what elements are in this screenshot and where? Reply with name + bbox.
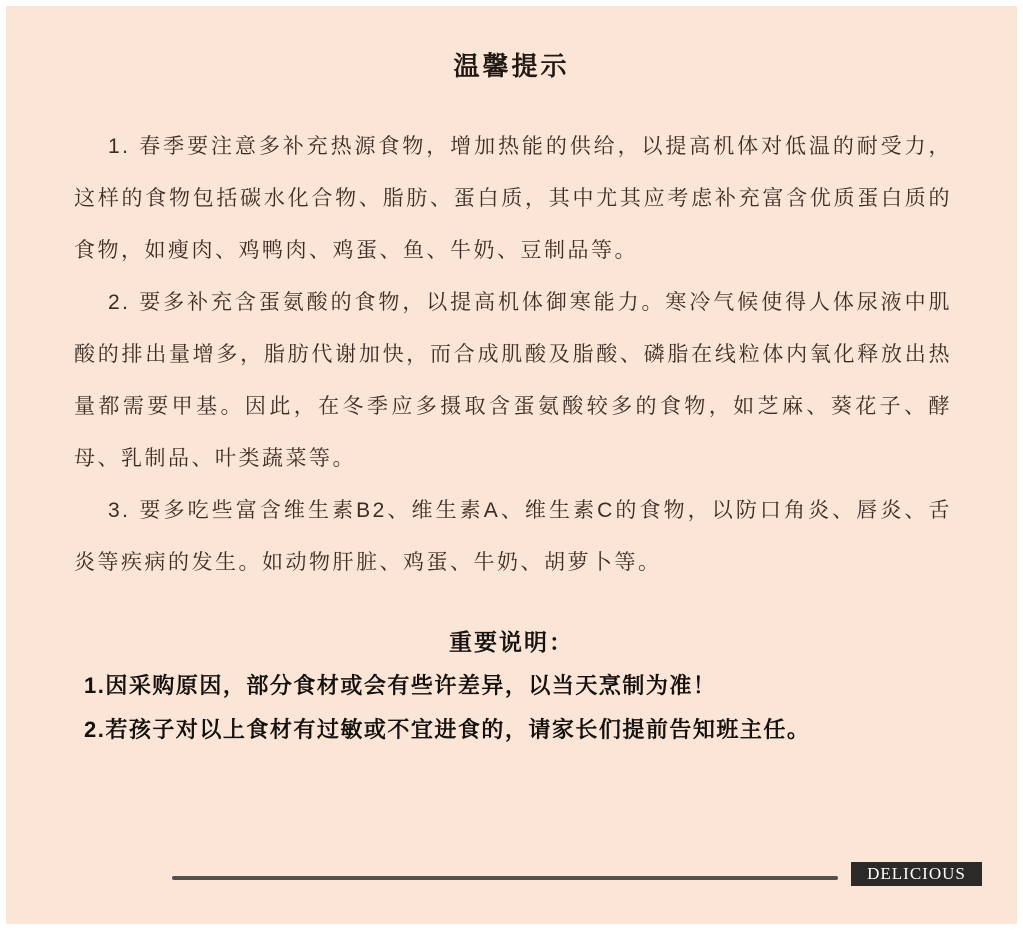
body-line: 母、乳制品、叶类蔬菜等。 [74,433,952,485]
body-line: 炎等疾病的发生。如动物肝脏、鸡蛋、牛奶、胡萝卜等。 [74,537,952,589]
page-background: { "page": { "title": "温馨提示", "body_lines… [0,0,1023,930]
notice-list: 1.因采购原因，部分食材或会有些许差异，以当天烹制为准！2.若孩子对以上食材有过… [84,664,977,752]
notice-item: 2.若孩子对以上食材有过敏或不宜进食的，请家长们提前告知班主任。 [84,708,977,752]
body-line: 2. 要多补充含蛋氨酸的食物，以提高机体御寒能力。寒冷气候使得人体尿液中肌 [74,277,952,329]
body-text: 1. 春季要注意多补充热源食物，增加热能的供给，以提高机体对低温的耐受力，这样的… [74,121,952,589]
body-line: 量都需要甲基。因此，在冬季应多摄取含蛋氨酸较多的食物，如芝麻、葵花子、酵 [74,381,952,433]
body-line: 酸的排出量增多，脂肪代谢加快，而合成肌酸及脂酸、磷脂在线粒体内氧化释放出热 [74,329,952,381]
body-line: 3. 要多吃些富含维生素B2、维生素A、维生素C的食物，以防口角炎、唇炎、舌 [74,485,952,537]
notice-card: 温馨提示 1. 春季要注意多补充热源食物，增加热能的供给，以提高机体对低温的耐受… [6,6,1017,924]
notice-item: 1.因采购原因，部分食材或会有些许差异，以当天烹制为准！ [84,664,977,708]
body-line: 1. 春季要注意多补充热源食物，增加热能的供给，以提高机体对低温的耐受力， [74,121,952,173]
footer-divider [172,876,838,880]
notice-heading: 重要说明： [6,626,1017,658]
delicious-badge: DELICIOUS [851,862,982,886]
body-line: 这样的食物包括碳水化合物、脂肪、蛋白质，其中尤其应考虑补充富含优质蛋白质的 [74,173,952,225]
body-line: 食物，如瘦肉、鸡鸭肉、鸡蛋、鱼、牛奶、豆制品等。 [74,225,952,277]
page-title: 温馨提示 [6,50,1017,82]
